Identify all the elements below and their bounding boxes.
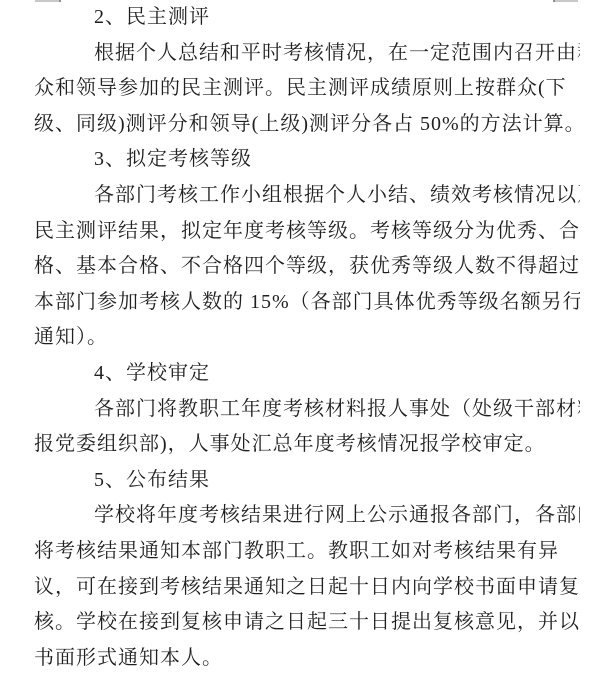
section-heading-4-school-review: 4、学校审定	[34, 356, 580, 392]
section-heading-2-democratic-evaluation: 2、民主测评	[34, 0, 580, 36]
body-line: 民主测评结果，拟定年度考核等级。考核等级分为优秀、合	[34, 214, 580, 250]
body-line: 议，可在接到考核结果通知之日起十日内向学校书面申请复	[34, 570, 580, 606]
body-line: 格、基本合格、不合格四个等级，获优秀等级人数不得超过	[34, 249, 580, 285]
body-line: 各部门考核工作小组根据个人小结、绩效考核情况以及	[34, 178, 580, 214]
body-line: 书面形式通知本人。	[34, 641, 580, 677]
body-line: 根据个人总结和平时考核情况，在一定范围内召开由群	[34, 36, 580, 72]
section-heading-5-publish-results: 5、公布结果	[34, 463, 580, 499]
section-heading-3-draft-assessment-grade: 3、拟定考核等级	[34, 142, 580, 178]
body-line: 级、同级)测评分和领导(上级)测评分各占 50%的方法计算。	[34, 107, 580, 143]
body-line: 报党委组织部)，人事处汇总年度考核情况报学校审定。	[34, 427, 580, 463]
body-line: 通知）。	[34, 320, 580, 356]
body-line: 将考核结果通知本部门教职工。教职工如对考核结果有异	[34, 534, 580, 570]
body-line: 学校将年度考核结果进行网上公示通报各部门，各部门	[34, 498, 580, 534]
document-text: 2、民主测评 根据个人总结和平时考核情况，在一定范围内召开由群 众和领导参加的民…	[34, 0, 580, 676]
document-page: 2、民主测评 根据个人总结和平时考核情况，在一定范围内召开由群 众和领导参加的民…	[0, 0, 613, 677]
body-line: 众和领导参加的民主测评。民主测评成绩原则上按群众(下	[34, 71, 580, 107]
body-line: 核。学校在接到复核申请之日起三十日提出复核意见，并以	[34, 605, 580, 641]
body-line: 各部门将教职工年度考核材料报人事处（处级干部材料	[34, 392, 580, 428]
body-line: 本部门参加考核人数的 15%（各部门具体优秀等级名额另行	[34, 285, 580, 321]
